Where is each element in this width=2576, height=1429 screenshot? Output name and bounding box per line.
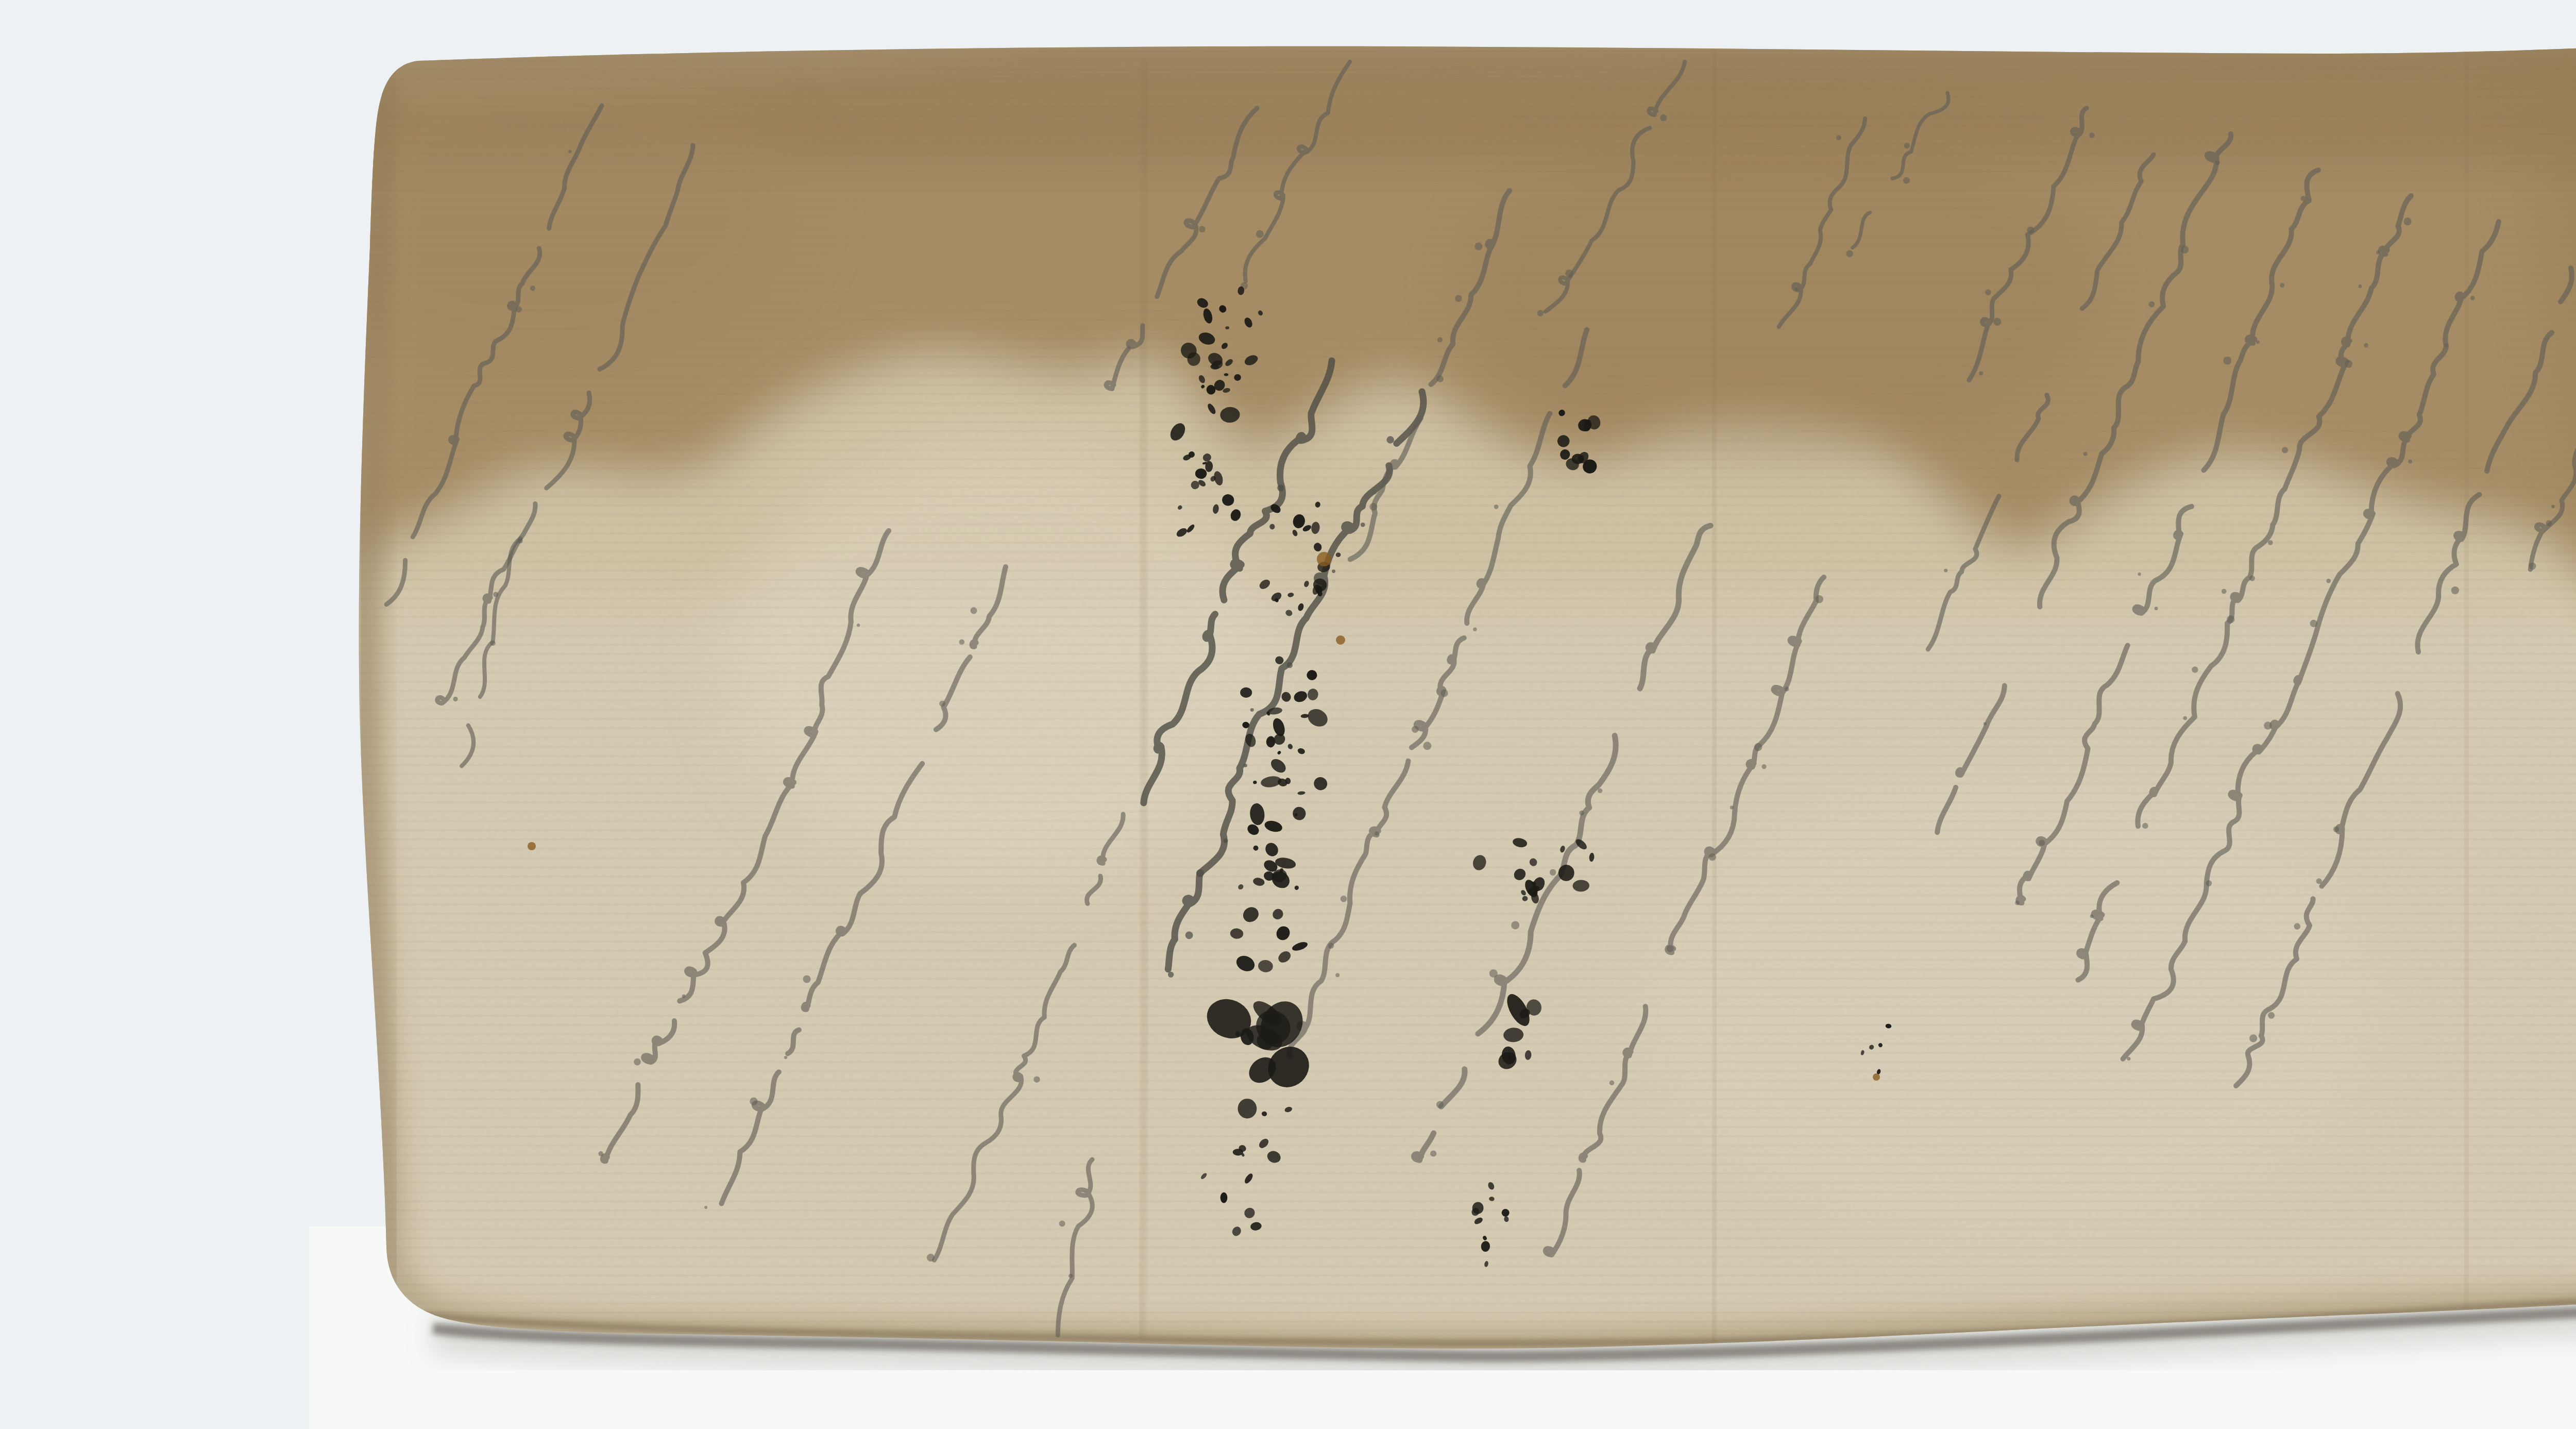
handwriting-dot: [2256, 341, 2260, 344]
handwriting-dot: [1332, 569, 1335, 573]
handwriting-dot: [1361, 523, 1365, 527]
handwriting-dot: [2149, 301, 2155, 308]
handwriting-dot: [1836, 136, 1841, 141]
handwriting-dot: [1667, 945, 1674, 952]
handwriting-dot: [598, 1151, 603, 1156]
handwriting-dot: [1455, 295, 1462, 301]
handwriting-dot: [2294, 923, 2301, 930]
handwriting-dot: [1730, 806, 1734, 810]
handwriting-dot: [2090, 915, 2094, 918]
handwriting-dot: [2127, 1057, 2130, 1061]
handwriting-dot: [1473, 628, 1477, 631]
ink-freckle: [528, 842, 536, 850]
handwriting-dot: [2310, 620, 2317, 627]
handwriting-dot: [2142, 823, 2148, 829]
ink-freckle: [1873, 1073, 1880, 1081]
handwriting-dot: [1754, 743, 1762, 751]
handwriting-dot: [2249, 1034, 2257, 1042]
handwriting-dot: [2451, 586, 2459, 594]
handwriting-dot: [1993, 318, 2001, 326]
handwriting-dot: [857, 624, 860, 627]
ink-blot: [1224, 373, 1229, 376]
handwriting-dot: [1985, 289, 1991, 295]
handwriting-dot: [2183, 716, 2187, 720]
handwriting-dot: [2376, 250, 2380, 254]
handwriting-dot: [1196, 869, 1204, 877]
handwriting-dot: [1250, 708, 1254, 712]
handwriting-dot: [939, 701, 945, 707]
handwriting-dot: [1795, 287, 1799, 291]
handwriting-dot: [2215, 160, 2219, 165]
handwriting-dot: [2138, 573, 2141, 576]
handwriting-dot: [959, 640, 965, 645]
handwriting-dot: [803, 975, 811, 983]
handwriting-dot: [2206, 880, 2212, 886]
handwriting-dot: [1328, 943, 1334, 949]
handwriting-dot: [1537, 310, 1544, 316]
handwriting-dot: [2268, 540, 2273, 545]
handwriting-dot: [750, 1098, 757, 1105]
handwriting-dot: [2300, 196, 2306, 201]
paper-texture: [340, 31, 2576, 1360]
manuscript-photo-canvas: ١٣١٣: [0, 0, 2576, 1429]
handwriting-dot: [1341, 896, 1347, 902]
handwriting-dot: [2249, 576, 2255, 581]
handwriting-dot: [2326, 579, 2331, 583]
handwriting-dot: [2027, 226, 2034, 233]
ink-freckle: [1336, 635, 1345, 645]
handwriting-dot: [2444, 343, 2448, 347]
handwriting-dot: [2408, 460, 2412, 464]
handwriting-dot: [2227, 615, 2234, 623]
handwriting-dot: [2222, 589, 2227, 594]
handwriting-dot: [530, 285, 535, 291]
handwriting-dot: [1244, 764, 1247, 767]
handwriting-dot: [2404, 217, 2412, 225]
handwriting-dot: [568, 150, 571, 153]
handwriting-dot: [1369, 503, 1377, 511]
handwriting-dot: [1185, 931, 1193, 939]
handwriting-dot: [2223, 357, 2231, 365]
handwriting-dot: [1375, 832, 1379, 836]
handwriting-dot: [2316, 878, 2322, 884]
handwriting-dot: [1494, 505, 1499, 509]
handwriting-dot: [2280, 283, 2284, 288]
handwriting-dot: [1511, 921, 1519, 929]
handwriting-dot: [1475, 243, 1482, 250]
handwriting-dot: [1761, 764, 1766, 769]
handwriting-dot: [1256, 230, 1264, 238]
handwriting-dot: [2155, 607, 2158, 610]
handwriting-dot: [1287, 662, 1293, 668]
handwriting-dot: [2083, 452, 2088, 456]
ink-blot: [1221, 1192, 1228, 1203]
handwriting-dot: [1660, 114, 1667, 122]
handwriting-dot: [1944, 568, 1947, 572]
handwriting-dot: [516, 307, 522, 313]
handwriting-dot: [1059, 1221, 1065, 1227]
handwriting-dot: [2345, 360, 2352, 368]
handwriting-dot: [2529, 563, 2536, 570]
handwriting-dot: [970, 607, 977, 614]
handwriting-dot: [1430, 1150, 1436, 1156]
handwriting-dot: [1437, 338, 1443, 343]
handwriting-dot: [784, 1056, 787, 1059]
handwriting-dot: [1128, 346, 1131, 349]
handwriting-dot: [1423, 742, 1431, 750]
handwriting-dot: [1903, 177, 1910, 184]
handwriting-dot: [490, 641, 495, 646]
handwriting-dot: [2039, 839, 2045, 846]
handwriting-dot: [2546, 520, 2552, 526]
handwriting-dot: [1550, 869, 1556, 876]
handwriting-dot: [2264, 721, 2272, 729]
handwriting-dot: [1069, 1274, 1073, 1278]
handwriting-dot: [927, 1254, 935, 1262]
handwriting-dot: [704, 1206, 707, 1209]
handwriting-dot: [1199, 226, 1205, 232]
handwriting-dot: [2551, 505, 2555, 509]
handwriting-dot: [1386, 436, 1394, 443]
handwriting-dot: [1224, 838, 1228, 843]
handwriting-dot: [1371, 490, 1377, 495]
handwriting-dot: [1904, 143, 1910, 148]
handwriting-dot: [453, 697, 458, 701]
handwriting-dot: [1565, 270, 1573, 277]
handwriting-dot: [2333, 826, 2339, 832]
handwriting-dot: [2015, 901, 2020, 905]
handwriting-dot: [1984, 722, 1987, 725]
handwriting-dot: [1335, 973, 1340, 977]
handwriting-dot: [1609, 1081, 1615, 1086]
handwriting-dot: [2364, 343, 2368, 347]
handwriting-dot: [1579, 811, 1584, 816]
handwriting-dot: [1436, 375, 1444, 382]
ink-freckle: [1317, 552, 1331, 566]
handwriting-dot: [1708, 853, 1716, 861]
handwriting-dot: [1412, 726, 1418, 733]
handwriting-dot: [1979, 372, 1983, 376]
handwriting-dot: [1489, 969, 1498, 978]
handwriting-dot: [1598, 788, 1602, 793]
handwriting-dot: [2358, 284, 2362, 288]
handwriting-dot: [1033, 1077, 1040, 1083]
handwriting-dot: [682, 995, 686, 998]
handwriting-dot: [2181, 246, 2189, 254]
handwriting-dot: [1815, 595, 1823, 603]
handwriting-dot: [1168, 972, 1174, 978]
handwriting-dot: [1440, 690, 1448, 697]
handwriting-dot: [2268, 1012, 2275, 1019]
handwriting-dot: [634, 1058, 641, 1066]
handwriting-dot: [2192, 666, 2198, 673]
handwriting-dot: [1784, 686, 1789, 691]
handwriting-dot: [1277, 484, 1284, 491]
handwriting-dot: [2282, 447, 2288, 453]
handwriting-dot: [2470, 296, 2475, 300]
handwriting-dot: [2089, 132, 2094, 138]
handwriting-dot: [1846, 250, 1853, 257]
handwriting-dot: [1436, 1101, 1444, 1108]
